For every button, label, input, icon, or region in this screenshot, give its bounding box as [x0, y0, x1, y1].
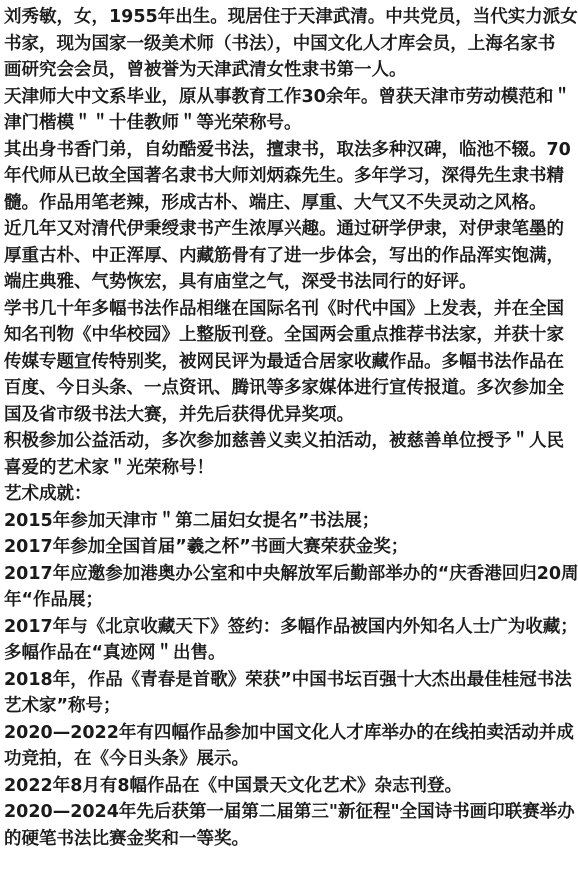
achievement-item: 多幅作品在“真迹网＂出售。 — [4, 640, 578, 667]
achievement-item: 2017年应邀参加港奥办公室和中央解放军后勤部举办的“庆香港回归20周 — [4, 561, 578, 588]
achievement-item: 2018年，作品《青春是首歌》荣获”中国书坛百强十大杰出最佳桂冠书法 — [4, 667, 578, 694]
text-line: 厚重古朴、中正浑厚、内藏筋骨有了进一步体会，写出的作品浑实饱满， — [4, 243, 578, 270]
text-line: 其出身书香门弟，自幼酷爱书法，擅隶书，取法多种汉碑，临池不辍。70 — [4, 137, 578, 164]
text-line: 百度、今日头条、一点资讯、腾讯等多家媒体进行宣传报道。多次参加全 — [4, 375, 578, 402]
achievement-item: 2015年参加天津市＂第二届妇女提名”书法展； — [4, 508, 578, 535]
achievement-item: 年“作品展； — [4, 587, 578, 614]
section-heading: 艺术成就： — [4, 481, 578, 508]
text-line: 髓。作品用笔老辣，形成古朴、端庄、厚重、大气又不失灵动之风格。 — [4, 190, 578, 217]
text-line: 近几年又对清代伊秉绶隶书产生浓厚兴趣。通过研学伊隶，对伊隶笔墨的 — [4, 216, 578, 243]
achievement-item: 2022年8月有8幅作品在《中国景天文化艺术》杂志刊登。 — [4, 773, 578, 800]
text-line: 端庄典雅、气势恢宏，具有庙堂之气，深受书法同行的好评。 — [4, 269, 578, 296]
text-line: 书家，现为国家一级美术师（书法），中国文化人才库会员，上海名家书 — [4, 31, 578, 58]
text-line: 积极参加公益活动，多次参加慈善义卖义拍活动，被慈善单位授予＂人民 — [4, 428, 578, 455]
achievement-item: 2017年参加全国首届”羲之杯”书画大赛荣获金奖； — [4, 534, 578, 561]
text-line: 天津师大中文系毕业，原从事教育工作30余年。曾获天津市劳动模范和＂ — [4, 84, 578, 111]
biography-article: 刘秀敏，女，1955年出生。现居住于天津武清。中共党员，当代实力派女 书家，现为… — [0, 0, 578, 852]
achievement-item: 艺术家”称号； — [4, 693, 578, 720]
achievement-item: 2017年与《北京收藏天下》签约：多幅作品被国内外知名人士广为收藏； — [4, 614, 578, 641]
achievement-item: 的硬笔书法比赛金奖和一等奖。 — [4, 826, 578, 853]
text-line: 传媒专题宣传特别奖，被网民评为最适合居家收藏作品。多幅书法作品在 — [4, 349, 578, 376]
text-line: 国及省市级书法大赛，并先后获得优异奖项。 — [4, 402, 578, 429]
achievement-item: 2020—2024年先后获第一届第二届第三"新征程"全国诗书画印联赛举办 — [4, 799, 578, 826]
text-line: 画研究会会员，曾被誉为天津武清女性隶书第一人。 — [4, 57, 578, 84]
achievement-item: 2020—2022年有四幅作品参加中国文化人才库举办的在线拍卖活动并成 — [4, 720, 578, 747]
text-line: 刘秀敏，女，1955年出生。现居住于天津武清。中共党员，当代实力派女 — [4, 4, 578, 31]
text-line: 喜爱的艺术家＂光荣称号！ — [4, 455, 578, 482]
achievement-item: 功竞拍，在《今日头条》展示。 — [4, 746, 578, 773]
text-line: 知名刊物《中华校园》上整版刊登。全国两会重点推荐书法家，并获十家 — [4, 322, 578, 349]
text-line: 学书几十年多幅书法作品相继在国际名刊《时代中国》上发表，并在全国 — [4, 296, 578, 323]
text-line: 年代师从已故全国著名隶书大师刘炳森先生。多年学习，深得先生隶书精 — [4, 163, 578, 190]
text-line: 津门楷模＂＂十佳教师＂等光荣称号。 — [4, 110, 578, 137]
